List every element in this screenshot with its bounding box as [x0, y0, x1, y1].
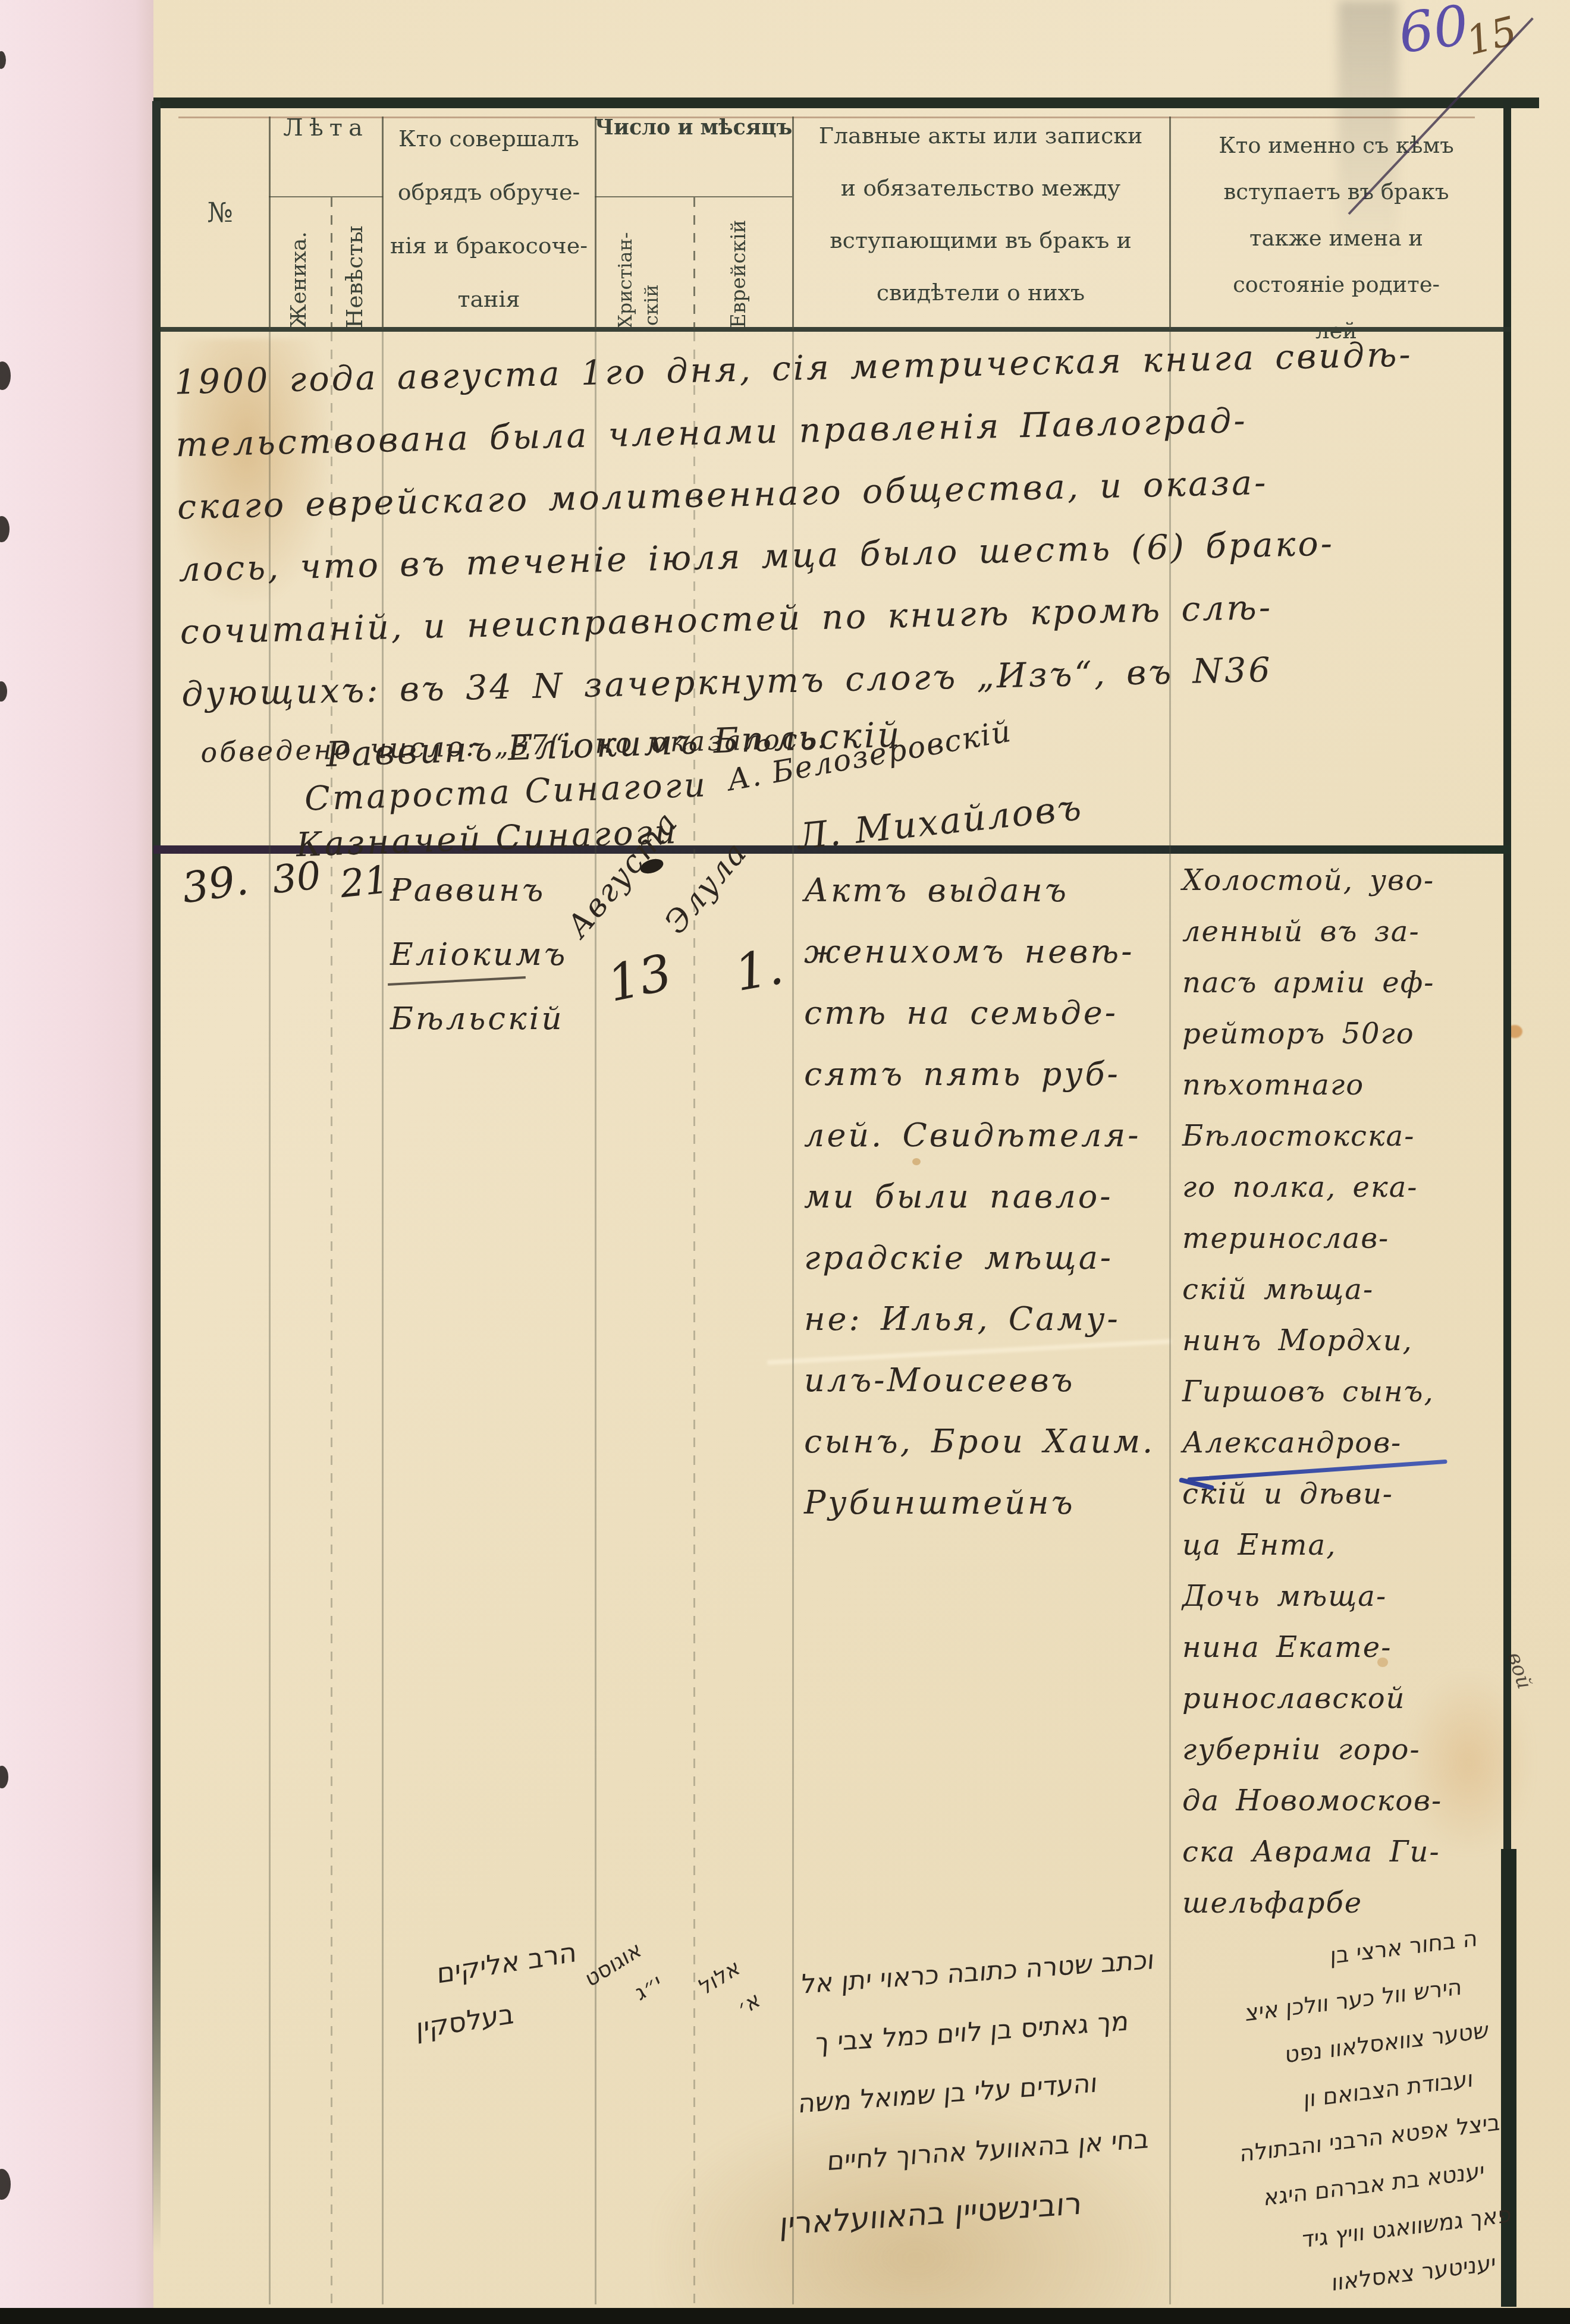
handwritten-line: сятъ пять руб-: [804, 1043, 1163, 1105]
handwritten-line: ца Ента,: [1182, 1520, 1500, 1571]
handwritten-line: не: Илья, Саму-: [804, 1288, 1163, 1350]
handwritten-line: пѣхотнаго: [1182, 1059, 1500, 1111]
column-header-line: вступаетъ въ бракъ: [1174, 169, 1499, 215]
record-date-jewish-day: 1.: [730, 937, 787, 1002]
column-header-line: и обязательство между: [797, 162, 1164, 214]
column-header-groom: Жениха.: [287, 212, 311, 328]
handwritten-line: го полка, ека-: [1182, 1162, 1500, 1213]
handwritten-line: Александров-: [1182, 1417, 1500, 1468]
column-header-jewish: Еврейскій: [727, 206, 751, 328]
column-line: [382, 117, 384, 329]
handwritten-line: ринославской: [1182, 1673, 1500, 1724]
column-header-line: Кто совершалъ: [385, 112, 592, 165]
handwritten-line: пасъ арміи еф-: [1182, 957, 1500, 1008]
handwritten-line: Бѣльскій: [390, 987, 592, 1051]
column-header-officiant: Кто совершалъобрядъ обруче-нія и бракосо…: [385, 112, 592, 326]
column-header-line: Христіан-: [614, 209, 636, 328]
column-header-line: вступающими въ бракъ и: [797, 214, 1164, 266]
record-number: 39.: [179, 856, 252, 913]
column-header-line: обрядъ обруче-: [385, 165, 592, 219]
table-left-border: [152, 101, 161, 2253]
column-header-christian: Христіан- скій: [614, 209, 662, 328]
leta-subdivider: [269, 196, 383, 197]
record-act-hebrew-text: וכתב שטרה כתובה כראוי יתן אלמך גאתיס בן …: [787, 1930, 1173, 2253]
column-header-line: свидѣтели о нихъ: [797, 266, 1164, 319]
record-parties-hebrew-text: ה בחור ארצי בןהירש וול כער וולכן איצשטער…: [1150, 1915, 1520, 2323]
handwritten-line: Актъ выданъ: [804, 860, 1163, 921]
record-officiant: РаввинъЕліокимъБѣльскій: [390, 858, 592, 1051]
date-subdivider: [595, 196, 792, 197]
column-header-date-group: Число и мѣсяцъ: [595, 115, 792, 140]
record-act-text: Актъ выданъженихомъ невѣ-стѣ на семьде-с…: [804, 860, 1163, 1533]
bottom-scan-edge: [0, 2308, 1570, 2324]
certification-block: 1900 года августа 1го дня, сія метрическ…: [174, 322, 1515, 780]
top-heavy-rule: [153, 98, 1539, 108]
column-header-line: также имена и: [1174, 215, 1499, 262]
column-line: [269, 117, 271, 329]
column-line: [595, 117, 596, 329]
handwritten-line: Гиршовъ сынъ,: [1182, 1366, 1500, 1417]
column-header-bride: Невѣсты: [341, 207, 368, 328]
handwritten-line: нинъ Мордхи,: [1182, 1315, 1500, 1366]
handwritten-line: губерніи горо-: [1182, 1724, 1500, 1775]
handwritten-line: Холостой, уво-: [1182, 855, 1500, 906]
column-header-acts: Главные акты или запискии обязательство …: [797, 109, 1164, 319]
column-line: [792, 117, 794, 329]
column-header-line: Кто именно съ кѣмъ: [1174, 122, 1499, 169]
column-line-dashed: [331, 197, 332, 329]
column-line: [1169, 117, 1171, 329]
handwritten-line: да Новомосков-: [1182, 1775, 1500, 1826]
column-header-line: состояніе родите-: [1174, 262, 1499, 308]
column-header-number: №: [172, 196, 268, 228]
column-line-dashed: [693, 197, 695, 329]
record-groom-age: 30: [270, 854, 323, 902]
handwritten-line: ми были павло-: [804, 1166, 1163, 1227]
handwritten-line: ленный въ за-: [1182, 906, 1500, 957]
handwritten-line: лей. Свидѣтеля-: [804, 1105, 1163, 1166]
handwritten-line: Дочь мѣща-: [1182, 1571, 1500, 1622]
handwritten-line: ска Аврама Ги-: [1182, 1826, 1500, 1878]
handwritten-line: Рубинштейнъ: [804, 1472, 1163, 1533]
column-header-line: Главные акты или записки: [797, 109, 1164, 162]
handwritten-line: Еліокимъ: [390, 923, 592, 987]
handwritten-line: скій мѣща-: [1182, 1264, 1500, 1315]
handwritten-line: Раввинъ: [390, 858, 592, 923]
handwritten-line: теринослав-: [1182, 1213, 1500, 1264]
handwritten-line: сынъ, Брои Хаим.: [804, 1411, 1163, 1472]
handwritten-line: рейторъ 50го: [1182, 1008, 1500, 1059]
handwritten-line: нина Екате-: [1182, 1622, 1500, 1673]
column-header-line: танія: [385, 272, 592, 326]
record-parties-text: Холостой, уво-ленный въ за-пасъ арміи еф…: [1182, 855, 1500, 1929]
handwritten-line: градскіе мѣща-: [804, 1227, 1163, 1288]
handwritten-line: илъ-Моисеевъ: [804, 1350, 1163, 1411]
handwritten-line: Бѣлостокска-: [1182, 1111, 1500, 1162]
folio-number-purple: 60: [1395, 0, 1472, 66]
handwritten-line: стѣ на семьде-: [804, 982, 1163, 1043]
column-header-line: нія и бракосоче-: [385, 219, 592, 272]
column-header-parties: Кто именно съ кѣмъвступаетъ въ бракътакж…: [1174, 122, 1499, 354]
handwritten-line: женихомъ невѣ-: [804, 921, 1163, 982]
column-header-years: Лѣта: [269, 114, 383, 141]
binding-strip: [0, 0, 153, 2324]
column-header-line: скій: [640, 243, 662, 326]
